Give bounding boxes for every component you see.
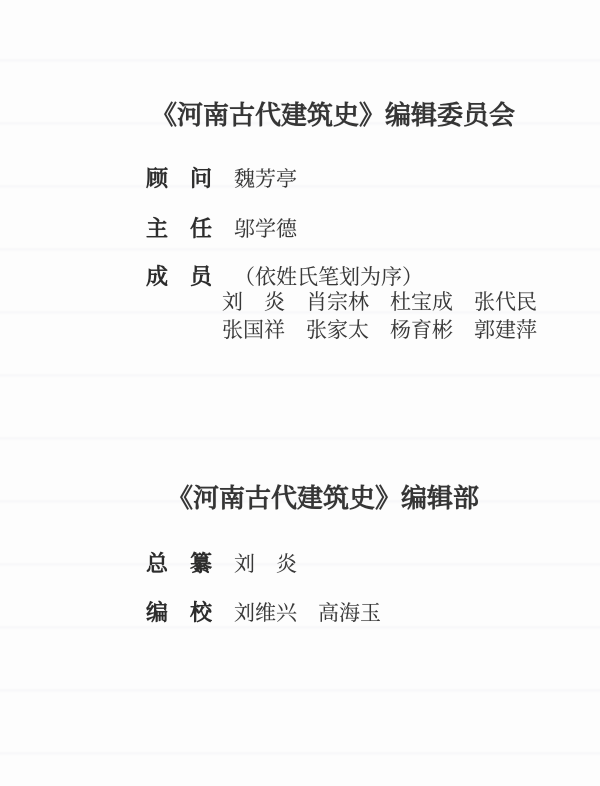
members-sort-note: （依姓氏笔划为序） — [234, 265, 423, 289]
members-names-line-1: 刘 炎 肖宗林 杜宝成 张代民 — [222, 290, 537, 315]
editorial-title: 《河南古代建筑史》编辑部 — [167, 483, 479, 516]
advisor-name: 魏芳亭 — [234, 167, 297, 191]
chief-compiler-row: 总 纂刘 炎 — [146, 551, 297, 577]
director-row: 主 任邬学德 — [146, 216, 297, 242]
director-name: 邬学德 — [234, 217, 297, 241]
chief-compiler-name: 刘 炎 — [234, 552, 297, 576]
director-label: 主 任 — [146, 216, 234, 242]
proofreaders-names: 刘维兴 高海玉 — [234, 601, 381, 625]
advisor-label: 顾 问 — [146, 166, 234, 192]
committee-title: 《河南古代建筑史》编辑委员会 — [151, 100, 515, 133]
members-row: 成 员（依姓氏笔划为序） — [146, 264, 423, 290]
members-names-line-2: 张国祥 张家太 杨育彬 郭建萍 — [222, 318, 537, 343]
proofreaders-row: 编 校刘维兴 高海玉 — [146, 600, 381, 626]
book-page: 《河南古代建筑史》编辑委员会 顾 问魏芳亭 主 任邬学德 成 员（依姓氏笔划为序… — [0, 0, 600, 786]
chief-compiler-label: 总 纂 — [146, 551, 234, 577]
members-label: 成 员 — [146, 264, 234, 290]
proofreaders-label: 编 校 — [146, 600, 234, 626]
advisor-row: 顾 问魏芳亭 — [146, 166, 297, 192]
